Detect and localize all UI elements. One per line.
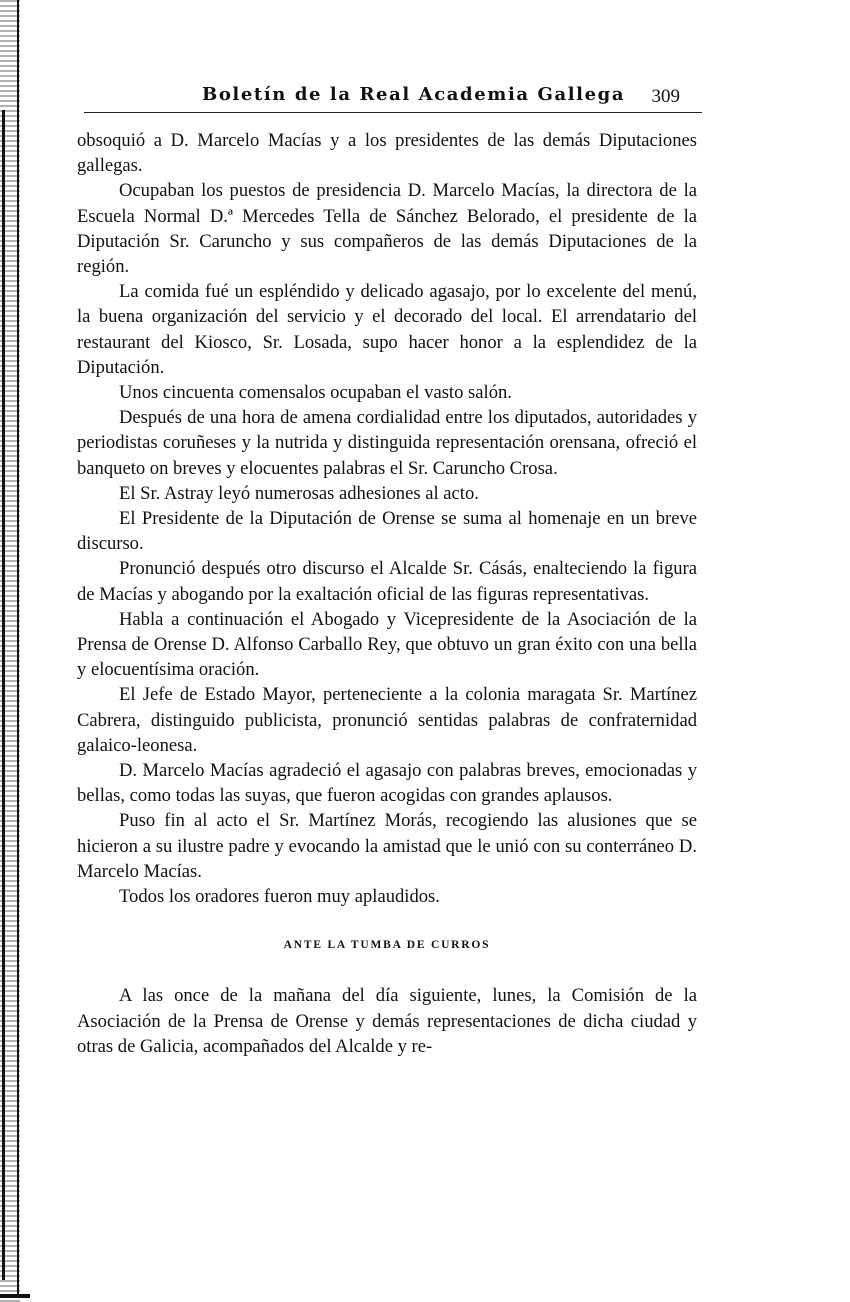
paragraph: Pronunció después otro discurso el Alcal… (77, 556, 697, 606)
page-body: obsoquió a D. Marcelo Macías y a los pre… (77, 128, 697, 1059)
paragraph: Unos cincuenta comensalos ocupaban el va… (77, 380, 697, 405)
paragraph: Después de una hora de amena cordialidad… (77, 405, 697, 481)
paragraph: El Sr. Astray leyó numerosas adhesiones … (77, 481, 697, 506)
paragraph: D. Marcelo Macías agradeció el agasajo c… (77, 758, 697, 808)
page-number: 309 (652, 86, 681, 108)
running-header: Boletín de la Real Academia Gallega 309 (84, 82, 702, 114)
paragraph: A las once de la mañana del día siguient… (77, 983, 697, 1059)
paragraph: La comida fué un espléndido y delicado a… (77, 279, 697, 380)
paragraph: El Presidente de la Diputación de Orense… (77, 506, 697, 556)
running-title: Boletín de la Real Academia Gallega (202, 84, 625, 105)
page-edge-line (17, 0, 19, 1298)
paragraph: Ocupaban los puestos de presidencia D. M… (77, 178, 697, 279)
page-corner-mark (0, 1294, 30, 1298)
paragraph: Todos los oradores fueron muy aplaudidos… (77, 884, 697, 909)
paragraph: Puso fin al acto el Sr. Martínez Morás, … (77, 808, 697, 884)
paragraph: Habla a continuación el Abogado y Vicepr… (77, 607, 697, 683)
paragraph: obsoquió a D. Marcelo Macías y a los pre… (77, 128, 697, 178)
binding-shadow (2, 110, 5, 1280)
paragraph: El Jefe de Estado Mayor, perteneciente a… (77, 682, 697, 758)
header-rule (84, 112, 702, 113)
section-heading: ANTE LA TUMBA DE CURROS (77, 939, 697, 951)
